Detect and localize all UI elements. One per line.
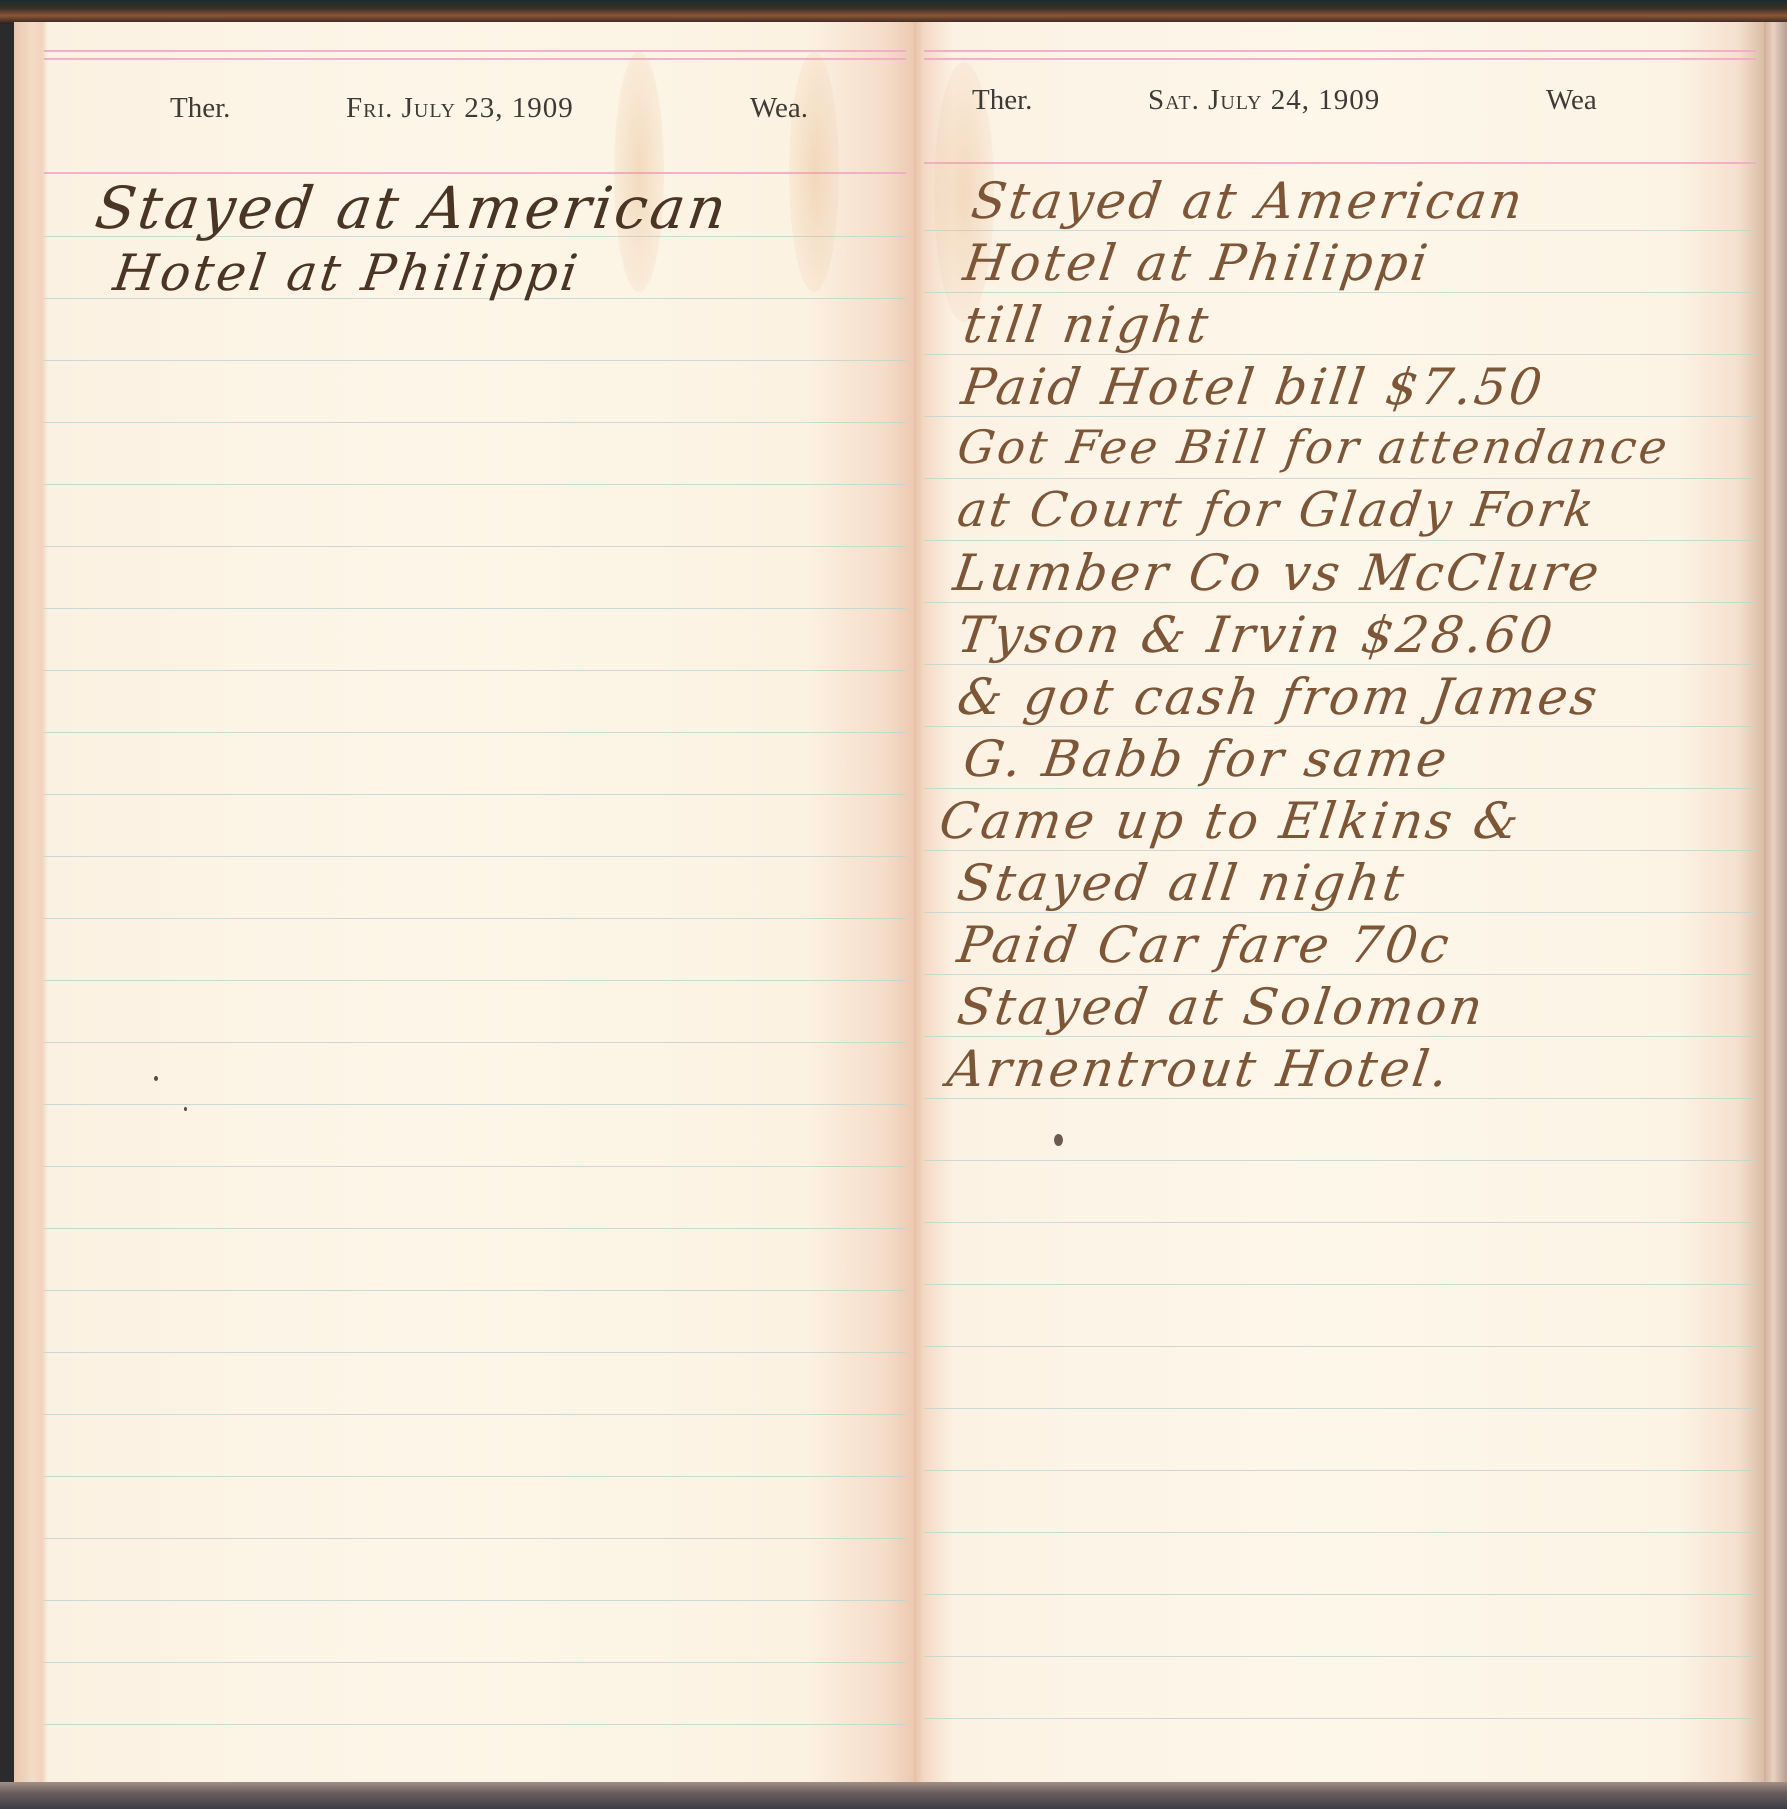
ruled-line bbox=[44, 1476, 906, 1477]
ruled-line bbox=[44, 422, 906, 423]
ruled-line bbox=[44, 1414, 906, 1415]
ruled-line bbox=[924, 1222, 1756, 1223]
ruled-line bbox=[924, 912, 1756, 913]
ruled-line bbox=[924, 478, 1756, 479]
pink-rule bbox=[924, 50, 1756, 52]
ruled-line bbox=[44, 1166, 906, 1167]
ruled-line bbox=[924, 1532, 1756, 1533]
ruled-line bbox=[44, 484, 906, 485]
thermometer-label: Ther. bbox=[170, 92, 230, 125]
ruled-line bbox=[44, 608, 906, 609]
entry-line: Came up to Elkins & bbox=[936, 792, 1525, 850]
entry-line: Stayed all night bbox=[954, 854, 1410, 912]
ruled-line bbox=[924, 1408, 1756, 1409]
entry-line: Lumber Co vs McClure bbox=[950, 544, 1606, 602]
ruled-line bbox=[44, 918, 906, 919]
entry-line: Paid Hotel bill $7.50 bbox=[958, 358, 1549, 416]
ruled-line bbox=[924, 416, 1756, 417]
page-date: Sat. July 24, 1909 bbox=[1148, 84, 1380, 117]
entry-line: Arnentrout Hotel. bbox=[944, 1040, 1455, 1098]
ruled-line bbox=[44, 856, 906, 857]
ink-blot bbox=[1054, 1134, 1063, 1146]
ruled-line bbox=[44, 1724, 906, 1725]
ruled-line bbox=[924, 292, 1756, 293]
entry-line: till night bbox=[960, 296, 1215, 354]
ruled-line bbox=[924, 1036, 1756, 1037]
page-date: Fri. July 23, 1909 bbox=[346, 92, 574, 125]
ruled-line bbox=[44, 670, 906, 671]
entry-line: Hotel at Philippi bbox=[960, 234, 1434, 292]
ruled-line bbox=[924, 1346, 1756, 1347]
entry-line: Got Fee Bill for attendance bbox=[954, 420, 1673, 474]
ruled-line bbox=[924, 664, 1756, 665]
ruled-line bbox=[44, 794, 906, 795]
ruled-line bbox=[44, 1228, 906, 1229]
ink-speck bbox=[154, 1076, 158, 1081]
ruled-line bbox=[44, 732, 906, 733]
ruled-line bbox=[924, 354, 1756, 355]
ruled-line bbox=[924, 850, 1756, 851]
water-stain bbox=[614, 52, 664, 292]
ruled-line bbox=[924, 230, 1756, 231]
ruled-line bbox=[44, 1352, 906, 1353]
ruled-line bbox=[924, 1594, 1756, 1595]
ruled-line bbox=[924, 1098, 1756, 1099]
ruled-line bbox=[924, 974, 1756, 975]
thermometer-label: Ther. bbox=[972, 84, 1032, 117]
ruled-line bbox=[924, 1470, 1756, 1471]
entry-line: Tyson & Irvin $28.60 bbox=[954, 606, 1559, 664]
entry-line: Hotel at Philippi bbox=[110, 244, 584, 302]
ruled-line bbox=[924, 540, 1756, 541]
diary-page-right: Ther. Sat. July 24, 1909 Wea Stayed at A… bbox=[914, 22, 1764, 1784]
ruled-line bbox=[44, 1538, 906, 1539]
ruled-line bbox=[44, 980, 906, 981]
ruled-line bbox=[924, 1284, 1756, 1285]
ruled-line bbox=[924, 788, 1756, 789]
ruled-line bbox=[924, 1656, 1756, 1657]
entry-line: G. Babb for same bbox=[960, 730, 1453, 788]
pink-rule bbox=[44, 58, 906, 60]
pink-rule bbox=[924, 162, 1756, 164]
ruled-line bbox=[44, 1104, 906, 1105]
ruled-line bbox=[924, 726, 1756, 727]
ink-speck bbox=[184, 1107, 187, 1111]
diary-page-left: Ther. Fri. July 23, 1909 Wea. Stayed at … bbox=[14, 22, 914, 1784]
page-edges bbox=[1764, 22, 1787, 1784]
water-stain bbox=[789, 52, 839, 292]
ruled-line bbox=[44, 1042, 906, 1043]
weather-label: Wea. bbox=[750, 92, 808, 125]
pink-rule bbox=[44, 50, 906, 52]
weather-label: Wea bbox=[1546, 84, 1597, 117]
book-binding-bottom bbox=[0, 1782, 1787, 1809]
entry-line: at Court for Glady Fork bbox=[954, 482, 1600, 538]
ruled-line bbox=[924, 1160, 1756, 1161]
entry-line: Stayed at American bbox=[91, 174, 733, 242]
ruled-line bbox=[44, 1600, 906, 1601]
book-binding-top bbox=[0, 0, 1787, 24]
ruled-line bbox=[44, 1290, 906, 1291]
ruled-line bbox=[44, 360, 906, 361]
entry-line: Paid Car fare 70c bbox=[954, 916, 1455, 974]
ruled-line bbox=[44, 546, 906, 547]
entry-line: Stayed at American bbox=[968, 172, 1529, 230]
page-header: Ther. Sat. July 24, 1909 Wea bbox=[914, 84, 1764, 134]
entry-line: Stayed at Solomon bbox=[954, 978, 1489, 1036]
pink-rule bbox=[924, 58, 1756, 60]
ruled-line bbox=[924, 602, 1756, 603]
ruled-line bbox=[924, 1718, 1756, 1719]
entry-line: & got cash from James bbox=[954, 668, 1604, 726]
ruled-line bbox=[44, 1662, 906, 1663]
page-header: Ther. Fri. July 23, 1909 Wea. bbox=[14, 92, 914, 142]
